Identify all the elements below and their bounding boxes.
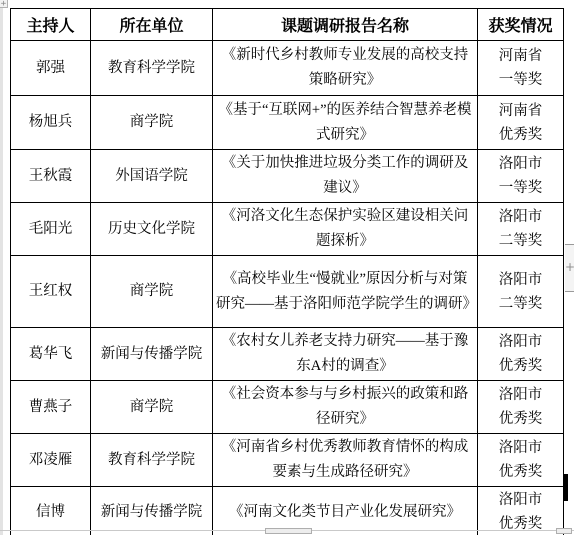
award-region: 洛阳市 bbox=[481, 436, 560, 460]
unit-cell[interactable]: 商学院 bbox=[91, 256, 213, 328]
unit-cell[interactable]: 教育科学学院 bbox=[91, 41, 213, 96]
table-row: 王红权 商学院 《高校毕业生“慢就业”原因分析与对策研究——基于洛阳师范学院学生… bbox=[11, 256, 564, 328]
unit-cell[interactable]: 新闻与传播学院 bbox=[91, 328, 213, 381]
award-level: 一等奖 bbox=[481, 68, 560, 92]
report-cell[interactable]: 《基于“互联网+”的医养结合智慧养老模式研究》 bbox=[213, 96, 478, 150]
header-award[interactable]: 获奖情况 bbox=[478, 9, 564, 41]
table-row: 葛华飞 新闻与传播学院 《农村女儿养老支持力研究——基于豫东A村的调查》 洛阳市… bbox=[11, 328, 564, 381]
horizontal-scrollbar-thumb[interactable] bbox=[265, 528, 312, 534]
table-row: 曹燕子 商学院 《社会资本参与与乡村振兴的政策和路径研究》 洛阳市 优秀奖 bbox=[11, 381, 564, 434]
unit-cell[interactable]: 外国语学院 bbox=[91, 150, 213, 203]
report-cell[interactable]: 《社会资本参与与乡村振兴的政策和路径研究》 bbox=[213, 381, 478, 434]
award-level: 优秀奖 bbox=[481, 460, 560, 484]
header-unit[interactable]: 所在单位 bbox=[91, 9, 213, 41]
award-region: 洛阳市 bbox=[481, 383, 560, 407]
award-cell[interactable]: 洛阳市 优秀奖 bbox=[478, 434, 564, 487]
table-row: 王秋霞 外国语学院 《关于加快推进垃圾分类工作的调研及建议》 洛阳市 一等奖 bbox=[11, 150, 564, 203]
unit-cell[interactable]: 商学院 bbox=[91, 381, 213, 434]
report-cell[interactable]: 《农村女儿养老支持力研究——基于豫东A村的调查》 bbox=[213, 328, 478, 381]
table-row: 郭强 教育科学学院 《新时代乡村教师专业发展的高校支持策略研究》 河南省 一等奖 bbox=[11, 41, 564, 96]
award-level: 优秀奖 bbox=[481, 407, 560, 431]
award-cell[interactable]: 洛阳市 一等奖 bbox=[478, 150, 564, 203]
report-cell[interactable]: 《新时代乡村教师专业发展的高校支持策略研究》 bbox=[213, 41, 478, 96]
award-region: 洛阳市 bbox=[481, 152, 560, 176]
award-cell[interactable]: 洛阳市 优秀奖 bbox=[478, 487, 564, 535]
host-cell[interactable]: 曹燕子 bbox=[11, 381, 91, 434]
award-region: 洛阳市 bbox=[481, 268, 560, 292]
unit-cell[interactable]: 历史文化学院 bbox=[91, 203, 213, 256]
text-cursor-bar bbox=[563, 474, 568, 501]
header-report[interactable]: 课题调研报告名称 bbox=[213, 9, 478, 41]
report-cell[interactable]: 《河洛文化生态保护实验区建设相关问题探析》 bbox=[213, 203, 478, 256]
header-host[interactable]: 主持人 bbox=[11, 9, 91, 41]
award-level: 优秀奖 bbox=[481, 512, 560, 535]
award-region: 洛阳市 bbox=[481, 205, 560, 229]
table-row: 杨旭兵 商学院 《基于“互联网+”的医养结合智慧养老模式研究》 河南省 优秀奖 bbox=[11, 96, 564, 150]
table-row: 邓凌雁 教育科学学院 《河南省乡村优秀教师教育情怀的构成要素与生成路径研究》 洛… bbox=[11, 434, 564, 487]
award-table: 主持人 所在单位 课题调研报告名称 获奖情况 郭强 教育科学学院 《新时代乡村教… bbox=[10, 8, 564, 535]
host-cell[interactable]: 王红权 bbox=[11, 256, 91, 328]
unit-cell[interactable]: 商学院 bbox=[91, 96, 213, 150]
host-cell[interactable]: 郭强 bbox=[11, 41, 91, 96]
host-cell[interactable]: 毛阳光 bbox=[11, 203, 91, 256]
host-cell[interactable]: 葛华飞 bbox=[11, 328, 91, 381]
award-cell[interactable]: 洛阳市 二等奖 bbox=[478, 203, 564, 256]
award-cell[interactable]: 洛阳市 优秀奖 bbox=[478, 381, 564, 434]
award-level: 一等奖 bbox=[481, 176, 560, 200]
table-row: 毛阳光 历史文化学院 《河洛文化生态保护实验区建设相关问题探析》 洛阳市 二等奖 bbox=[11, 203, 564, 256]
report-cell[interactable]: 《河南文化类节目产业化发展研究》 bbox=[213, 487, 478, 535]
host-cell[interactable]: 王秋霞 bbox=[11, 150, 91, 203]
host-cell[interactable]: 杨旭兵 bbox=[11, 96, 91, 150]
report-cell[interactable]: 《关于加快推进垃圾分类工作的调研及建议》 bbox=[213, 150, 478, 203]
award-level: 优秀奖 bbox=[481, 123, 560, 147]
table-move-handle-icon[interactable]: + bbox=[0, 0, 8, 8]
award-level: 二等奖 bbox=[481, 292, 560, 316]
header-row: 主持人 所在单位 课题调研报告名称 获奖情况 bbox=[11, 9, 564, 41]
host-cell[interactable]: 信博 bbox=[11, 487, 91, 535]
award-cell[interactable]: 洛阳市 优秀奖 bbox=[478, 328, 564, 381]
host-cell[interactable]: 邓凌雁 bbox=[11, 434, 91, 487]
page-edge-strip bbox=[0, 0, 3, 535]
award-region: 洛阳市 bbox=[481, 330, 560, 354]
award-region: 洛阳市 bbox=[481, 488, 560, 512]
award-level: 二等奖 bbox=[481, 229, 560, 253]
award-level: 优秀奖 bbox=[481, 354, 560, 378]
award-region: 河南省 bbox=[481, 44, 560, 68]
vertical-scrollbar-fragment[interactable]: + bbox=[565, 244, 574, 292]
unit-cell[interactable]: 教育科学学院 bbox=[91, 434, 213, 487]
award-region: 河南省 bbox=[481, 99, 560, 123]
scrollbar-corner-mark bbox=[556, 528, 572, 534]
award-cell[interactable]: 河南省 一等奖 bbox=[478, 41, 564, 96]
document-page: + 主持人 所在单位 课题调研报告名称 获奖情况 郭强 教育科学学院 《新时代乡… bbox=[0, 0, 574, 535]
award-cell[interactable]: 洛阳市 二等奖 bbox=[478, 256, 564, 328]
report-cell[interactable]: 《高校毕业生“慢就业”原因分析与对策研究——基于洛阳师范学院学生的调研》 bbox=[213, 256, 478, 328]
unit-cell[interactable]: 新闻与传播学院 bbox=[91, 487, 213, 535]
award-cell[interactable]: 河南省 优秀奖 bbox=[478, 96, 564, 150]
report-cell[interactable]: 《河南省乡村优秀教师教育情怀的构成要素与生成路径研究》 bbox=[213, 434, 478, 487]
